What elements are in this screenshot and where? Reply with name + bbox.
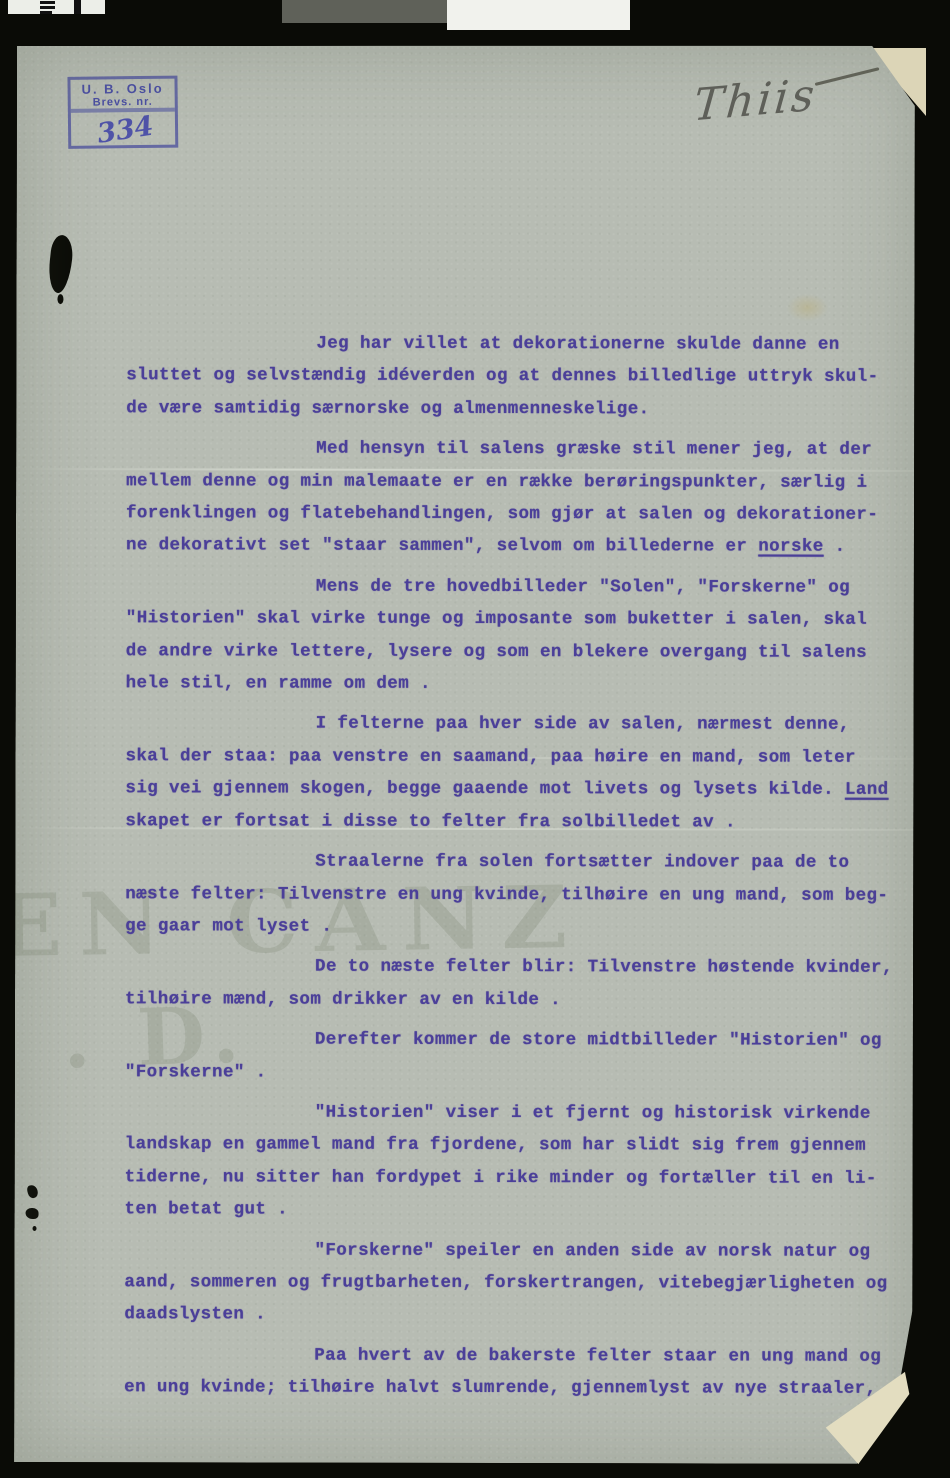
text-segment: hele stil, en ramme om dem . <box>126 673 431 694</box>
text-line: landskap en gammel mand fra fjordene, so… <box>125 1129 917 1163</box>
ruler-tick <box>40 1 55 4</box>
text-segment: skal der staa: paa venstre en saamand, p… <box>125 746 855 768</box>
text-line: hele stil, en ramme om dem . <box>126 667 918 701</box>
paragraph: Med hensyn til salens græske stil mener … <box>126 432 918 563</box>
text-segment: De to næste felter blir: Tilvenstre høst… <box>315 957 893 978</box>
text-segment: mellem denne og min malemaate er en rækk… <box>126 471 867 493</box>
text-segment: ten betat gut . <box>125 1199 289 1219</box>
text-line: Straalerne fra solen fortsætter indover … <box>125 845 917 879</box>
text-line: mellem denne og min malemaate er en rækk… <box>126 465 918 499</box>
text-segment: en ung kvinde; tilhøire halvt slumrende,… <box>124 1377 876 1399</box>
text-segment: aand, sommeren og frugtbarheten, forsker… <box>124 1272 887 1294</box>
scan-background: { "colors": { "background": "#0a0b06", "… <box>0 0 950 1478</box>
text-line: De to næste felter blir: Tilvenstre høst… <box>125 951 917 985</box>
ruler-tick <box>40 11 52 14</box>
paragraph: Straalerne fra solen fortsætter indover … <box>125 845 917 944</box>
paragraph: Paa hvert av de bakerste felter staar en… <box>124 1339 916 1405</box>
ink-blot <box>47 234 75 294</box>
text-segment: Med hensyn til salens græske stil mener … <box>316 439 872 460</box>
paragraph: I felterne paa hver side av salen, nærme… <box>125 708 917 839</box>
text-line: en ung kvinde; tilhøire halvt slumrende,… <box>124 1371 916 1405</box>
text-segment: Paa hvert av de bakerste felter staar en… <box>314 1345 881 1366</box>
text-line: skapet er fortsat i disse to felter fra … <box>125 805 917 839</box>
text-segment: "Forskerne" . <box>125 1062 267 1082</box>
stamp-org-label: U. B. Oslo <box>70 81 174 97</box>
ink-blot <box>57 294 63 304</box>
text-line: sluttet og selvstændig idéverden og at d… <box>126 360 918 394</box>
stamp-header: U. B. Oslo Brevs. nr. <box>70 79 174 113</box>
text-segment: Straalerne fra solen fortsætter indover … <box>315 852 849 873</box>
text-segment: sluttet og selvstændig idéverden og at d… <box>126 366 878 388</box>
text-line: "Historien" viser i et fjernt og histori… <box>125 1096 917 1130</box>
text-segment: "Forskerne" speiler en anden side av nor… <box>314 1240 870 1261</box>
text-segment: landskap en gammel mand fra fjordene, so… <box>125 1135 866 1157</box>
edge-mark <box>26 1184 39 1199</box>
paragraph: Jeg har villet at dekorationerne skulde … <box>126 327 918 426</box>
paragraph: Derefter kommer de store midtbilleder "H… <box>125 1023 917 1089</box>
edge-mark <box>33 1226 37 1231</box>
text-segment: I felterne paa hver side av salen, nærme… <box>316 714 850 735</box>
text-segment: næste felter: Tilvenstre en ung kvinde, … <box>125 884 888 906</box>
edge-mark <box>26 1208 39 1219</box>
paragraph: "Forskerne" speiler en anden side av nor… <box>124 1234 916 1333</box>
text-line: "Historien" skal virke tunge og imposant… <box>126 602 918 636</box>
paper-stain <box>786 294 828 322</box>
text-segment: "Historien" skal virke tunge og imposant… <box>126 608 867 630</box>
underlined-text: Land <box>845 780 889 800</box>
text-line: Mens de tre hovedbilleder "Solen", "Fors… <box>126 570 918 604</box>
text-segment: de andre virke lettere, lysere og som en… <box>126 641 867 663</box>
text-segment: Jeg har villet at dekorationerne skulde … <box>316 334 839 355</box>
text-line: Derefter kommer de store midtbilleder "H… <box>125 1023 917 1057</box>
text-line: Med hensyn til salens græske stil mener … <box>126 432 918 466</box>
text-segment: Mens de tre hovedbilleder "Solen", "Fors… <box>316 576 850 597</box>
document-page: EN CANZ . D. U. B. Oslo Brevs. nr. 334 T… <box>14 44 917 1466</box>
text-line: aand, sommeren og frugtbarheten, forsker… <box>124 1266 916 1300</box>
text-line: tiderne, nu sitter han fordypet i rike m… <box>125 1161 917 1195</box>
text-line: "Forskerne" . <box>125 1056 917 1090</box>
handwritten-annotation: Thiis <box>692 63 898 160</box>
calibration-white-patch <box>447 0 630 30</box>
text-line: ne dekorativt set "staar sammen", selvom… <box>126 530 918 564</box>
text-segment: ne dekorativt set "staar sammen", selvom… <box>126 536 758 557</box>
text-segment: . <box>824 537 846 557</box>
text-line: "Forskerne" speiler en anden side av nor… <box>124 1234 916 1268</box>
text-line: forenklingen og flatebehandlingen, som g… <box>126 497 918 531</box>
text-segment: forenklingen og flatebehandlingen, som g… <box>126 503 878 525</box>
text-segment: de være samtidig særnorske og almenmenne… <box>126 398 649 419</box>
paragraph: De to næste felter blir: Tilvenstre høst… <box>125 951 917 1017</box>
text-segment: ge gaar mot lyset . <box>125 916 332 936</box>
text-line: næste felter: Tilvenstre en ung kvinde, … <box>125 878 917 912</box>
underlined-text: norske <box>758 537 823 557</box>
text-line: Paa hvert av de bakerste felter staar en… <box>124 1339 916 1373</box>
paragraph: "Historien" viser i et fjernt og histori… <box>125 1096 917 1227</box>
text-segment: tiderne, nu sitter han fordypet i rike m… <box>125 1167 877 1189</box>
text-segment: sig vei gjennem skogen, begge gaaende mo… <box>125 779 845 801</box>
text-line: ten betat gut . <box>125 1193 917 1227</box>
text-line: Jeg har villet at dekorationerne skulde … <box>126 327 918 361</box>
stamp-field-label: Brevs. nr. <box>71 96 175 109</box>
text-segment: tilhøire mænd, som drikker av en kilde . <box>125 989 561 1010</box>
text-line: de være samtidig særnorske og almenmenne… <box>126 392 918 426</box>
stamp-number-handwritten: 334 <box>95 107 177 149</box>
text-line: de andre virke lettere, lysere og som en… <box>126 635 918 669</box>
text-segment: Derefter kommer de store midtbilleder "H… <box>315 1030 882 1051</box>
text-segment: "Historien" viser i et fjernt og histori… <box>315 1103 871 1124</box>
ruler-tick <box>74 0 81 14</box>
typewritten-text: Jeg har villet at dekorationerne skulde … <box>124 327 918 1413</box>
text-line: tilhøire mænd, som drikker av en kilde . <box>125 983 917 1017</box>
text-line: I felterne paa hver side av salen, nærme… <box>126 708 918 742</box>
calibration-gray-patch <box>282 0 447 23</box>
paragraph: Mens de tre hovedbilleder "Solen", "Fors… <box>126 570 918 701</box>
text-line: daadslysten . <box>124 1299 916 1333</box>
text-line: sig vei gjennem skogen, begge gaaende mo… <box>125 773 917 807</box>
text-segment: skapet er fortsat i disse to felter fra … <box>125 811 736 832</box>
text-line: skal der staa: paa venstre en saamand, p… <box>125 740 917 774</box>
text-segment: daadslysten . <box>124 1305 266 1325</box>
text-line: ge gaar mot lyset . <box>125 910 917 944</box>
ruler-tick <box>40 6 55 9</box>
library-stamp: U. B. Oslo Brevs. nr. 334 <box>67 76 178 149</box>
film-ruler <box>8 0 105 14</box>
